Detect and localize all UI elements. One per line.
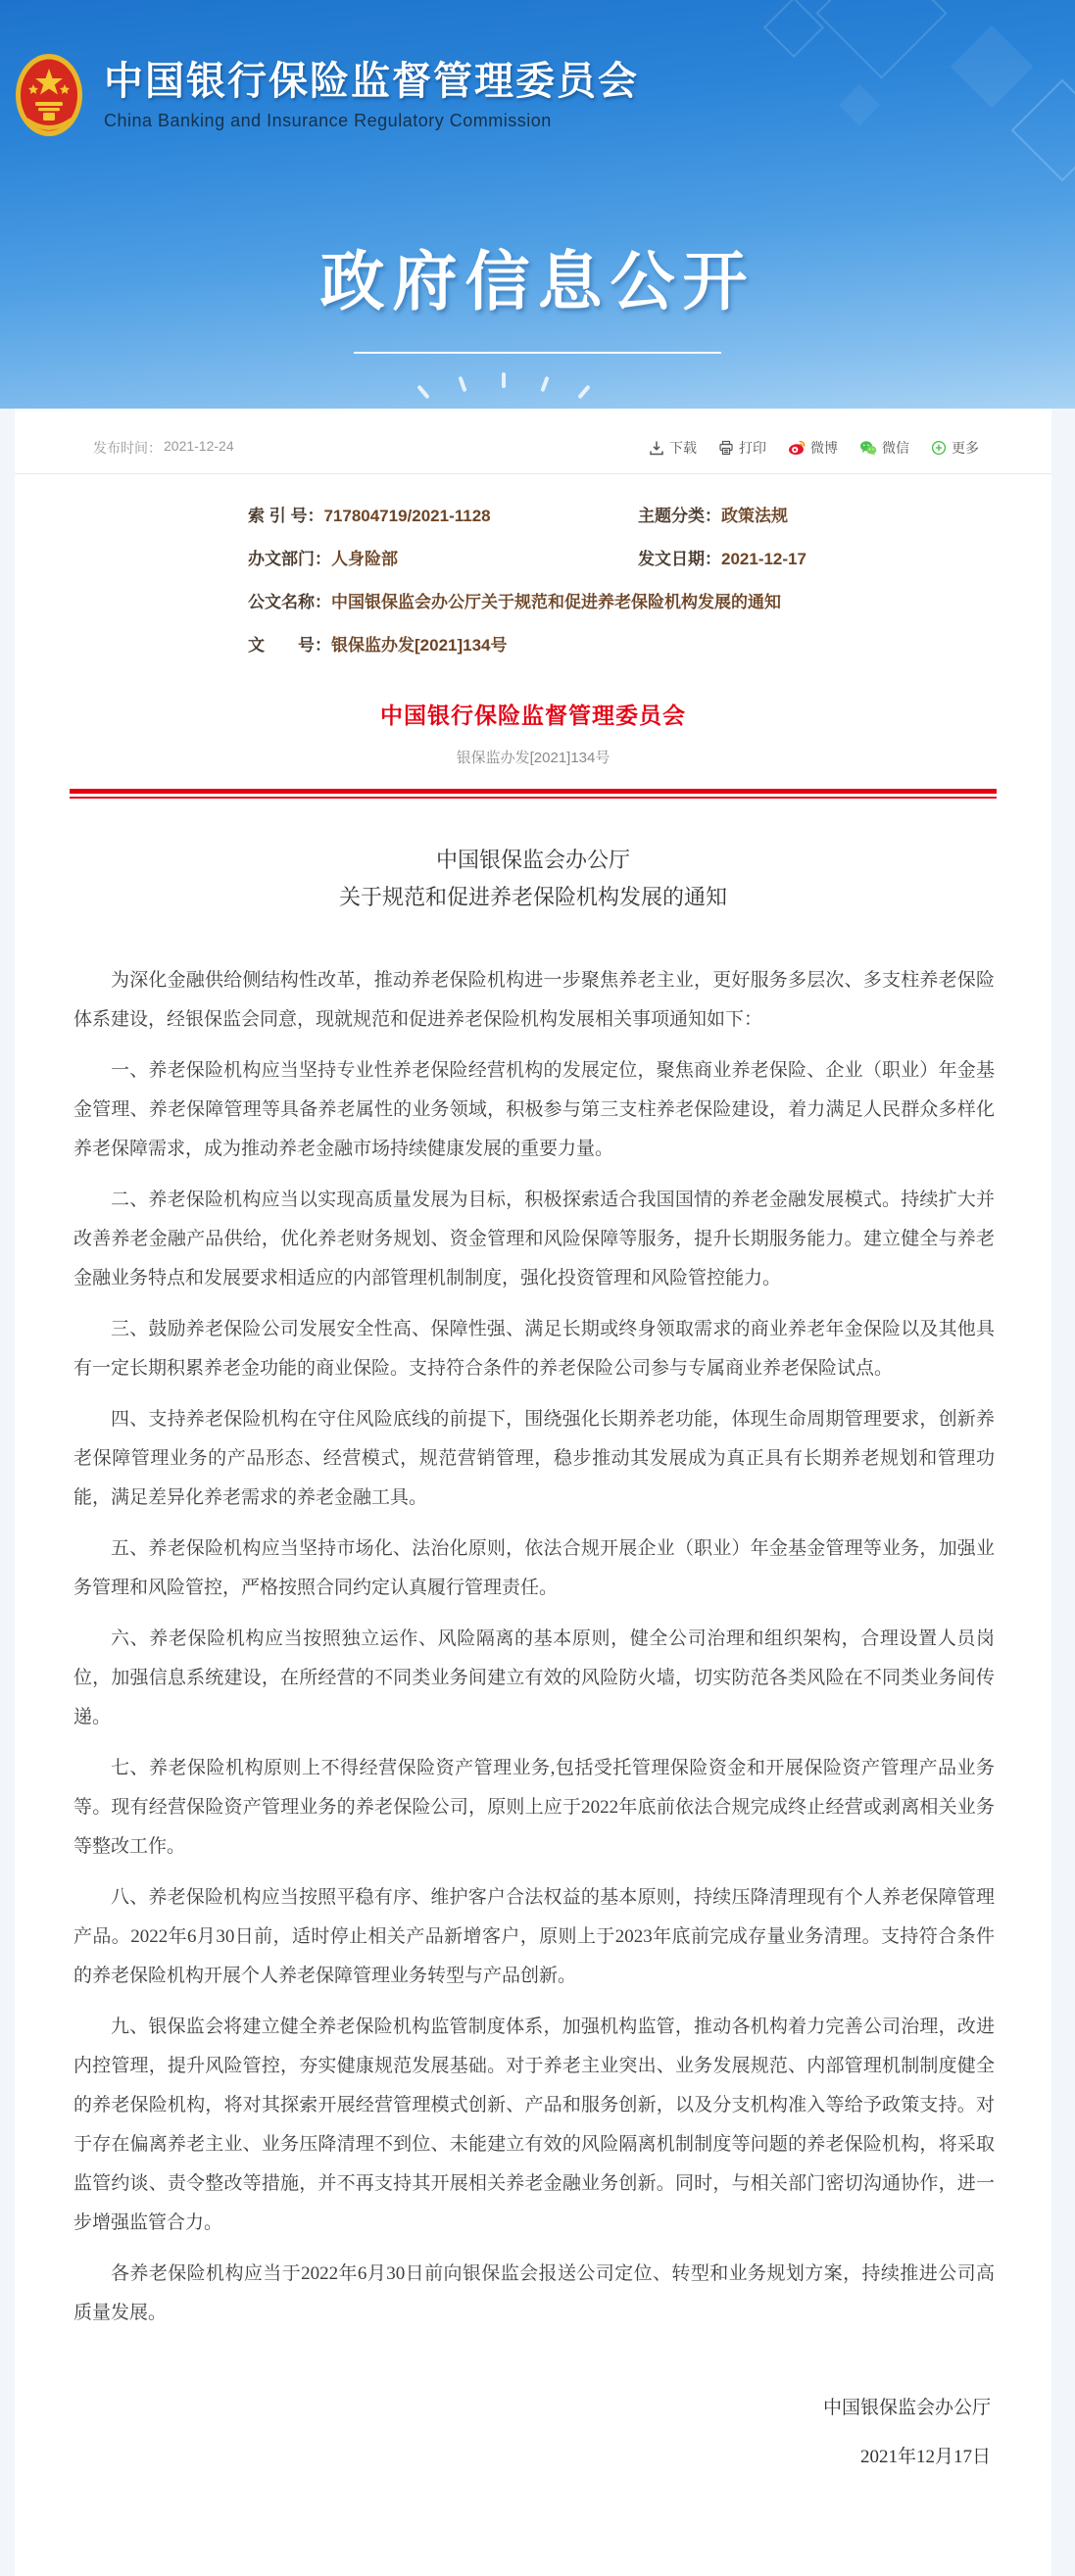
meta-doc-number: 文 号：银保监办发[2021]134号 xyxy=(248,631,993,656)
document-paragraph: 五、养老保险机构应当坚持市场化、法治化原则，依法合规开展企业（职业）年金基金管理… xyxy=(73,1530,995,1608)
meta-row: 办文部门：人身险部 发文日期：2021-12-17 xyxy=(248,545,993,569)
more-label: 更多 xyxy=(952,438,979,458)
document-paragraph: 三、鼓励养老保险公司发展安全性高、保障性强、满足长期或终身领取需求的商业养老年金… xyxy=(73,1310,995,1388)
meta-topic-label: 主题分类： xyxy=(638,507,721,525)
meta-doc-name-value: 中国银保监会办公厅关于规范和促进养老保险机构发展的通知 xyxy=(331,593,781,611)
document-paragraph: 一、养老保险机构应当坚持专业性养老保险经营机构的发展定位，聚焦商业养老保险、企业… xyxy=(73,1051,995,1169)
document-paragraph: 七、养老保险机构原则上不得经营保险资产管理业务,包括受托管理保险资金和开展保险资… xyxy=(73,1749,995,1867)
document-metadata: 索 引 号：717804719/2021-1128 主题分类：政策法规 办文部门… xyxy=(15,474,1051,678)
document-title-line1: 中国银保监会办公厅 xyxy=(15,842,1051,879)
print-button[interactable]: 打印 xyxy=(718,438,766,458)
article-toolbar: 发布时间： 2021-12-24 下载 xyxy=(15,409,1051,473)
national-emblem-icon xyxy=(14,53,84,137)
meta-doc-name: 公文名称：中国银保监会办公厅关于规范和促进养老保险机构发展的通知 xyxy=(248,588,993,612)
red-rule xyxy=(70,789,997,799)
banner-underline xyxy=(354,352,721,354)
site-title-cn: 中国银行保险监督管理委员会 xyxy=(104,59,639,104)
signature-block: 中国银保监会办公厅 2021年12月17日 xyxy=(15,2392,1051,2474)
site-title-en: China Banking and Insurance Regulatory C… xyxy=(104,111,639,131)
meta-index-label: 索 引 号： xyxy=(248,507,323,525)
page: 中国银行保险监督管理委员会 China Banking and Insuranc… xyxy=(0,0,1075,2576)
meta-index-value: 717804719/2021-1128 xyxy=(323,507,490,525)
meta-issue-date: 发文日期：2021-12-17 xyxy=(638,545,993,569)
content-card: 发布时间： 2021-12-24 下载 xyxy=(15,409,1051,2576)
document-number: 银保监办发[2021]134号 xyxy=(15,747,1051,767)
publish-time: 发布时间： 2021-12-24 xyxy=(93,438,234,458)
plus-circle-icon xyxy=(931,440,947,456)
download-button[interactable]: 下载 xyxy=(649,438,697,458)
document-paragraph: 九、银保监会将建立健全养老保险机构监管制度体系，加强机构监管，推动各机构着力完善… xyxy=(73,2008,995,2243)
meta-row: 公文名称：中国银保监会办公厅关于规范和促进养老保险机构发展的通知 xyxy=(248,588,993,612)
meta-doc-number-label: 文 号： xyxy=(248,636,331,655)
share-wechat-button[interactable]: 微信 xyxy=(859,438,909,458)
section-title: 政府信息公开 xyxy=(0,229,1075,322)
meta-row: 文 号：银保监办发[2021]134号 xyxy=(248,631,993,656)
signature-agency: 中国银保监会办公厅 xyxy=(15,2392,991,2425)
document-paragraph: 四、支持养老保险机构在守住风险底线的前提下，围绕强化长期养老功能，体现生命周期管… xyxy=(73,1400,995,1518)
meta-department: 办文部门：人身险部 xyxy=(248,545,638,569)
document-body: 为深化金融供给侧结构性改革，推动养老保险机构进一步聚焦养老主业，更好服务多层次、… xyxy=(15,916,1051,2333)
share-weibo-button[interactable]: 微博 xyxy=(788,438,838,458)
meta-issue-date-value: 2021-12-17 xyxy=(721,550,806,568)
meta-department-label: 办文部门： xyxy=(248,550,331,568)
site-logo-link[interactable]: 中国银行保险监督管理委员会 China Banking and Insuranc… xyxy=(14,53,639,137)
brand-text: 中国银行保险监督管理委员会 China Banking and Insuranc… xyxy=(104,59,639,131)
agency-title: 中国银行保险监督管理委员会 xyxy=(15,698,1051,730)
print-icon xyxy=(718,440,734,456)
document-paragraph: 六、养老保险机构应当按照独立运作、风险隔离的基本原则，健全公司治理和组织架构，合… xyxy=(73,1620,995,1737)
meta-doc-number-value: 银保监办发[2021]134号 xyxy=(331,636,508,655)
wechat-icon xyxy=(859,440,877,456)
meta-department-value: 人身险部 xyxy=(331,550,398,568)
site-header: 中国银行保险监督管理委员会 China Banking and Insuranc… xyxy=(0,0,1075,409)
meta-doc-name-label: 公文名称： xyxy=(248,593,331,611)
document-paragraph: 各养老保险机构应当于2022年6月30日前向银保监会报送公司定位、转型和业务规划… xyxy=(73,2255,995,2333)
weibo-label: 微博 xyxy=(810,438,838,458)
share-toolbar: 下载 打印 xyxy=(649,438,979,458)
document-paragraph: 八、养老保险机构应当按照平稳有序、维护客户合法权益的基本原则，持续压降清理现有个… xyxy=(73,1878,995,1996)
weibo-icon xyxy=(788,440,806,456)
signature-date: 2021年12月17日 xyxy=(15,2441,991,2474)
wechat-label: 微信 xyxy=(882,438,909,458)
publish-time-label: 发布时间： xyxy=(93,438,162,458)
publish-time-value: 2021-12-24 xyxy=(164,438,234,458)
meta-row: 索 引 号：717804719/2021-1128 主题分类：政策法规 xyxy=(248,502,993,526)
section-banner: 政府信息公开 xyxy=(0,229,1075,354)
document-paragraph: 二、养老保险机构应当以实现高质量发展为目标，积极探索适合我国国情的养老金融发展模… xyxy=(73,1181,995,1298)
download-label: 下载 xyxy=(669,438,697,458)
meta-topic: 主题分类：政策法规 xyxy=(638,502,993,526)
print-label: 打印 xyxy=(739,438,766,458)
meta-issue-date-label: 发文日期： xyxy=(638,550,721,568)
document-title: 中国银保监会办公厅 关于规范和促进养老保险机构发展的通知 xyxy=(15,842,1051,916)
meta-topic-value: 政策法规 xyxy=(721,507,788,525)
document-paragraph: 为深化金融供给侧结构性改革，推动养老保险机构进一步聚焦养老主业，更好服务多层次、… xyxy=(73,961,995,1040)
document-title-line2: 关于规范和促进养老保险机构发展的通知 xyxy=(15,879,1051,916)
download-icon xyxy=(649,440,664,456)
meta-index: 索 引 号：717804719/2021-1128 xyxy=(248,502,638,526)
share-more-button[interactable]: 更多 xyxy=(931,438,979,458)
